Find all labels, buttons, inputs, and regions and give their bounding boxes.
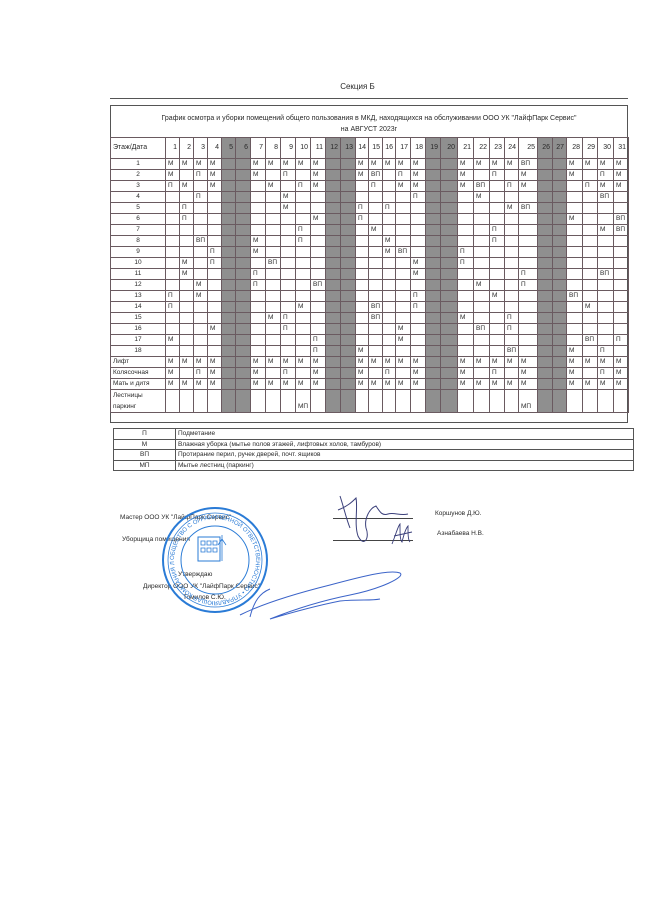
schedule-cell	[598, 214, 614, 225]
schedule-cell	[222, 236, 236, 247]
schedule-cell	[296, 214, 311, 225]
schedule-cell: ВП	[614, 214, 629, 225]
table-row: 14ПМВППМ	[111, 302, 629, 313]
schedule-cell	[426, 368, 441, 379]
schedule-cell	[583, 214, 598, 225]
schedule-cell	[369, 269, 383, 280]
header-row: Этаж/Дата1234567891011121314151617181920…	[111, 138, 629, 159]
schedule-cell	[490, 346, 505, 357]
schedule-cell	[166, 346, 180, 357]
schedule-cell	[166, 247, 180, 258]
schedule-cell: М	[490, 159, 505, 170]
row-label: 2	[111, 170, 166, 181]
schedule-cell: М	[208, 324, 222, 335]
schedule-cell: М	[266, 159, 281, 170]
schedule-cell: ВП	[369, 302, 383, 313]
schedule-cell	[505, 258, 519, 269]
day-header: 13	[341, 138, 356, 159]
schedule-cell	[251, 192, 266, 203]
schedule-cell: М	[490, 357, 505, 368]
schedule-cell: М	[490, 379, 505, 390]
legend-row: МПМытье лестниц (паркинг)	[114, 460, 634, 471]
table-row: 6ПМПМВП	[111, 214, 629, 225]
schedule-cell	[383, 181, 396, 192]
schedule-cell	[311, 258, 326, 269]
schedule-cell: М	[180, 258, 194, 269]
schedule-cell	[266, 247, 281, 258]
schedule-cell	[383, 346, 396, 357]
schedule-cell	[411, 390, 426, 413]
schedule-cell	[266, 170, 281, 181]
schedule-cell	[208, 192, 222, 203]
schedule-period: на АВГУСТ 2023г	[110, 126, 628, 133]
schedule-cell	[614, 302, 629, 313]
schedule-cell: П	[490, 225, 505, 236]
schedule-cell	[326, 159, 341, 170]
schedule-cell	[426, 346, 441, 357]
schedule-cell: МП	[519, 390, 538, 413]
schedule-cell	[538, 269, 553, 280]
schedule-cell	[180, 170, 194, 181]
schedule-cell: ВП	[194, 236, 208, 247]
company-stamp-icon: ОБЩЕСТВО С ОГРАНИЧЕННОЙ ОТВЕТСТВЕННОСТЬЮ…	[160, 505, 270, 615]
schedule-cell	[208, 335, 222, 346]
schedule-cell	[490, 181, 505, 192]
schedule-cell	[281, 291, 296, 302]
schedule-cell	[426, 269, 441, 280]
schedule-cell: М	[311, 181, 326, 192]
schedule-cell: М	[251, 357, 266, 368]
schedule-cell	[341, 170, 356, 181]
schedule-cell	[311, 192, 326, 203]
schedule-cell: М	[296, 357, 311, 368]
schedule-cell: ВП	[519, 159, 538, 170]
schedule-cell	[281, 302, 296, 313]
schedule-cell	[458, 225, 474, 236]
schedule-cell	[266, 225, 281, 236]
schedule-cell	[222, 159, 236, 170]
schedule-cell: М	[166, 170, 180, 181]
schedule-cell	[180, 346, 194, 357]
schedule-cell	[194, 258, 208, 269]
schedule-cell: М	[396, 324, 411, 335]
schedule-cell	[236, 302, 251, 313]
schedule-cell	[166, 236, 180, 247]
schedule-cell: М	[458, 313, 474, 324]
schedule-cell: М	[519, 357, 538, 368]
schedule-cell	[341, 280, 356, 291]
schedule-cell	[553, 214, 567, 225]
schedule-cell: М	[567, 346, 583, 357]
schedule-cell: М	[396, 181, 411, 192]
schedule-cell: М	[311, 159, 326, 170]
schedule-cell: М	[474, 192, 490, 203]
schedule-cell	[236, 390, 251, 413]
schedule-cell	[180, 313, 194, 324]
schedule-cell: П	[505, 324, 519, 335]
schedule-cell: М	[356, 379, 369, 390]
schedule-cell	[426, 181, 441, 192]
schedule-cell: П	[598, 170, 614, 181]
table-row: 1ММММММММММММММММММВПММММ	[111, 159, 629, 170]
schedule-cell: М	[266, 313, 281, 324]
schedule-cell	[411, 335, 426, 346]
schedule-cell	[326, 214, 341, 225]
schedule-cell	[614, 390, 629, 413]
schedule-cell	[236, 324, 251, 335]
schedule-cell	[222, 379, 236, 390]
row-label: 9	[111, 247, 166, 258]
schedule-cell	[474, 203, 490, 214]
schedule-cell	[341, 225, 356, 236]
schedule-cell: М	[281, 203, 296, 214]
day-header: 23	[490, 138, 505, 159]
schedule-cell: М	[567, 170, 583, 181]
schedule-cell	[266, 291, 281, 302]
schedule-cell	[614, 346, 629, 357]
schedule-cell	[583, 280, 598, 291]
schedule-cell	[383, 280, 396, 291]
schedule-cell	[180, 192, 194, 203]
schedule-cell: М	[383, 236, 396, 247]
schedule-cell	[458, 390, 474, 413]
schedule-cell	[383, 192, 396, 203]
schedule-cell	[341, 379, 356, 390]
schedule-cell	[598, 291, 614, 302]
schedule-cell: М	[411, 181, 426, 192]
schedule-cell: П	[311, 335, 326, 346]
schedule-cell: П	[281, 368, 296, 379]
row-label: Лестницы паркинг	[111, 390, 166, 413]
schedule-cell: М	[614, 379, 629, 390]
schedule-cell	[326, 280, 341, 291]
schedule-cell	[326, 225, 341, 236]
schedule-cell	[538, 280, 553, 291]
schedule-cell: М	[208, 170, 222, 181]
schedule-cell: М	[474, 280, 490, 291]
schedule-cell	[538, 291, 553, 302]
schedule-cell	[326, 291, 341, 302]
schedule-cell	[490, 335, 505, 346]
schedule-cell	[538, 236, 553, 247]
schedule-cell	[519, 236, 538, 247]
schedule-cell	[222, 346, 236, 357]
schedule-cell: П	[194, 192, 208, 203]
schedule-table: Этаж/Дата1234567891011121314151617181920…	[110, 137, 629, 413]
schedule-cell	[251, 324, 266, 335]
schedule-cell	[538, 368, 553, 379]
schedule-cell: М	[458, 379, 474, 390]
schedule-cell: М	[411, 379, 426, 390]
schedule-cell	[311, 302, 326, 313]
schedule-cell: М	[474, 357, 490, 368]
schedule-cell: М	[383, 379, 396, 390]
schedule-cell	[311, 291, 326, 302]
schedule-cell	[553, 159, 567, 170]
schedule-cell	[553, 302, 567, 313]
day-header: 4	[208, 138, 222, 159]
day-header: 9	[281, 138, 296, 159]
schedule-cell	[194, 324, 208, 335]
schedule-cell: М	[296, 159, 311, 170]
row-label: 8	[111, 236, 166, 247]
schedule-cell	[326, 247, 341, 258]
schedule-cell: М	[369, 379, 383, 390]
schedule-cell	[538, 247, 553, 258]
schedule-cell	[538, 203, 553, 214]
schedule-cell	[426, 335, 441, 346]
schedule-cell	[341, 192, 356, 203]
schedule-cell	[166, 192, 180, 203]
schedule-cell	[441, 368, 458, 379]
schedule-cell	[505, 302, 519, 313]
schedule-cell	[222, 247, 236, 258]
table-row: 9ПММВПП	[111, 247, 629, 258]
schedule-cell	[341, 302, 356, 313]
schedule-cell	[505, 170, 519, 181]
schedule-cell	[490, 214, 505, 225]
schedule-cell	[490, 302, 505, 313]
schedule-cell	[251, 214, 266, 225]
schedule-cell	[251, 390, 266, 413]
schedule-cell: М	[166, 335, 180, 346]
schedule-cell	[180, 291, 194, 302]
schedule-cell	[341, 346, 356, 357]
schedule-cell: П	[356, 203, 369, 214]
schedule-cell	[296, 247, 311, 258]
schedule-cell	[505, 236, 519, 247]
schedule-cell	[222, 324, 236, 335]
schedule-cell: М	[208, 379, 222, 390]
schedule-cell: П	[281, 324, 296, 335]
schedule-cell	[567, 335, 583, 346]
schedule-cell: М	[194, 280, 208, 291]
schedule-cell	[458, 291, 474, 302]
schedule-cell	[251, 302, 266, 313]
schedule-cell: М	[166, 357, 180, 368]
schedule-cell: П	[583, 181, 598, 192]
schedule-cell	[538, 324, 553, 335]
day-header: 11	[311, 138, 326, 159]
schedule-cell	[281, 225, 296, 236]
schedule-cell	[369, 390, 383, 413]
schedule-cell: М	[411, 159, 426, 170]
schedule-cell	[194, 247, 208, 258]
schedule-cell: М	[598, 379, 614, 390]
schedule-cell: ВП	[474, 181, 490, 192]
schedule-cell	[326, 368, 341, 379]
day-header: 28	[567, 138, 583, 159]
row-label: 6	[111, 214, 166, 225]
schedule-cell	[583, 269, 598, 280]
schedule-cell: М	[266, 357, 281, 368]
schedule-cell: М	[567, 379, 583, 390]
schedule-cell	[222, 181, 236, 192]
schedule-cell	[474, 269, 490, 280]
schedule-cell	[474, 247, 490, 258]
schedule-cell: М	[396, 335, 411, 346]
schedule-cell	[441, 203, 458, 214]
schedule-cell	[383, 390, 396, 413]
legend-description: Протирание перил, ручек дверей, почт. ящ…	[176, 450, 634, 461]
schedule-cell	[490, 313, 505, 324]
schedule-cell	[583, 225, 598, 236]
schedule-cell	[538, 379, 553, 390]
schedule-cell	[538, 302, 553, 313]
schedule-cell: М	[208, 357, 222, 368]
schedule-cell	[474, 346, 490, 357]
master-name: Коршунов Д.Ю.	[435, 510, 482, 517]
schedule-cell	[538, 346, 553, 357]
schedule-cell: М	[383, 357, 396, 368]
schedule-cell	[614, 192, 629, 203]
schedule-cell: М	[614, 368, 629, 379]
schedule-cell	[505, 247, 519, 258]
schedule-cell	[490, 192, 505, 203]
schedule-cell	[474, 214, 490, 225]
schedule-cell	[251, 313, 266, 324]
schedule-cell: М	[281, 357, 296, 368]
schedule-cell: П	[296, 181, 311, 192]
legend-code: П	[114, 429, 176, 440]
schedule-cell	[208, 280, 222, 291]
schedule-cell: М	[474, 379, 490, 390]
schedule-cell: ВП	[474, 324, 490, 335]
schedule-cell: П	[194, 170, 208, 181]
schedule-cell	[441, 357, 458, 368]
schedule-cell	[441, 170, 458, 181]
schedule-cell	[236, 269, 251, 280]
schedule-cell	[208, 313, 222, 324]
schedule-cell	[341, 258, 356, 269]
schedule-cell	[553, 280, 567, 291]
schedule-cell	[441, 302, 458, 313]
schedule-cell	[369, 247, 383, 258]
schedule-cell	[194, 269, 208, 280]
schedule-cell	[326, 335, 341, 346]
schedule-cell	[341, 390, 356, 413]
schedule-cell	[519, 335, 538, 346]
schedule-cell	[222, 214, 236, 225]
schedule-cell	[505, 280, 519, 291]
schedule-cell	[222, 192, 236, 203]
schedule-cell	[266, 346, 281, 357]
schedule-cell: М	[356, 170, 369, 181]
schedule-cell	[598, 258, 614, 269]
schedule-cell	[426, 247, 441, 258]
schedule-cell	[614, 324, 629, 335]
day-header: 24	[505, 138, 519, 159]
schedule-cell: П	[166, 291, 180, 302]
schedule-cell	[441, 247, 458, 258]
table-row: 10МПВПМП	[111, 258, 629, 269]
schedule-cell: ВП	[311, 280, 326, 291]
schedule-cell: М	[505, 357, 519, 368]
schedule-cell: М	[583, 302, 598, 313]
schedule-cell	[236, 236, 251, 247]
schedule-cell: М	[296, 302, 311, 313]
schedule-cell	[326, 170, 341, 181]
schedule-cell	[236, 313, 251, 324]
day-header: 31	[614, 138, 629, 159]
day-header: 15	[369, 138, 383, 159]
schedule-cell	[236, 335, 251, 346]
schedule-cell	[396, 269, 411, 280]
day-header: 20	[441, 138, 458, 159]
schedule-cell	[567, 269, 583, 280]
schedule-cell: М	[583, 379, 598, 390]
schedule-cell	[383, 170, 396, 181]
schedule-cell: М	[567, 214, 583, 225]
table-row: 11МПМПВП	[111, 269, 629, 280]
schedule-cell	[396, 291, 411, 302]
schedule-cell	[598, 236, 614, 247]
schedule-cell	[458, 324, 474, 335]
schedule-cell	[296, 258, 311, 269]
schedule-cell	[383, 214, 396, 225]
schedule-cell: П	[490, 368, 505, 379]
schedule-cell	[553, 203, 567, 214]
schedule-cell	[266, 302, 281, 313]
schedule-cell	[194, 390, 208, 413]
schedule-cell: М	[208, 181, 222, 192]
schedule-cell	[383, 324, 396, 335]
schedule-cell: М	[614, 170, 629, 181]
schedule-cell	[356, 335, 369, 346]
schedule-cell: М	[505, 203, 519, 214]
schedule-cell	[474, 225, 490, 236]
table-row: 4ПМПМВП	[111, 192, 629, 203]
cleaner-signature-icon	[388, 520, 416, 548]
legend-description: Мытье лестниц (паркинг)	[176, 460, 634, 471]
schedule-cell	[236, 225, 251, 236]
schedule-cell	[180, 390, 194, 413]
schedule-cell	[296, 335, 311, 346]
schedule-cell: ВП	[369, 170, 383, 181]
row-label: 17	[111, 335, 166, 346]
schedule-cell: МП	[296, 390, 311, 413]
schedule-cell	[490, 280, 505, 291]
schedule-cell	[553, 258, 567, 269]
schedule-cell	[474, 302, 490, 313]
schedule-cell: М	[208, 368, 222, 379]
schedule-cell	[281, 247, 296, 258]
schedule-cell	[598, 280, 614, 291]
day-header: 12	[326, 138, 341, 159]
schedule-cell	[166, 203, 180, 214]
schedule-cell	[441, 159, 458, 170]
schedule-cell	[553, 390, 567, 413]
schedule-cell	[396, 258, 411, 269]
schedule-cell: П	[383, 203, 396, 214]
schedule-cell	[505, 335, 519, 346]
schedule-cell	[194, 181, 208, 192]
schedule-cell	[383, 302, 396, 313]
header-label: Этаж/Дата	[111, 138, 166, 159]
schedule-cell: М	[369, 159, 383, 170]
schedule-cell	[458, 346, 474, 357]
legend-table: ППодметаниеМВлажная уборка (мытье полов …	[113, 428, 634, 471]
schedule-cell: М	[383, 247, 396, 258]
schedule-cell	[341, 247, 356, 258]
table-row: 12МПВПМП	[111, 280, 629, 291]
schedule-cell	[208, 236, 222, 247]
schedule-cell: М	[251, 170, 266, 181]
schedule-cell	[266, 390, 281, 413]
schedule-cell: П	[296, 236, 311, 247]
schedule-cell	[341, 335, 356, 346]
row-label: Лифт	[111, 357, 166, 368]
